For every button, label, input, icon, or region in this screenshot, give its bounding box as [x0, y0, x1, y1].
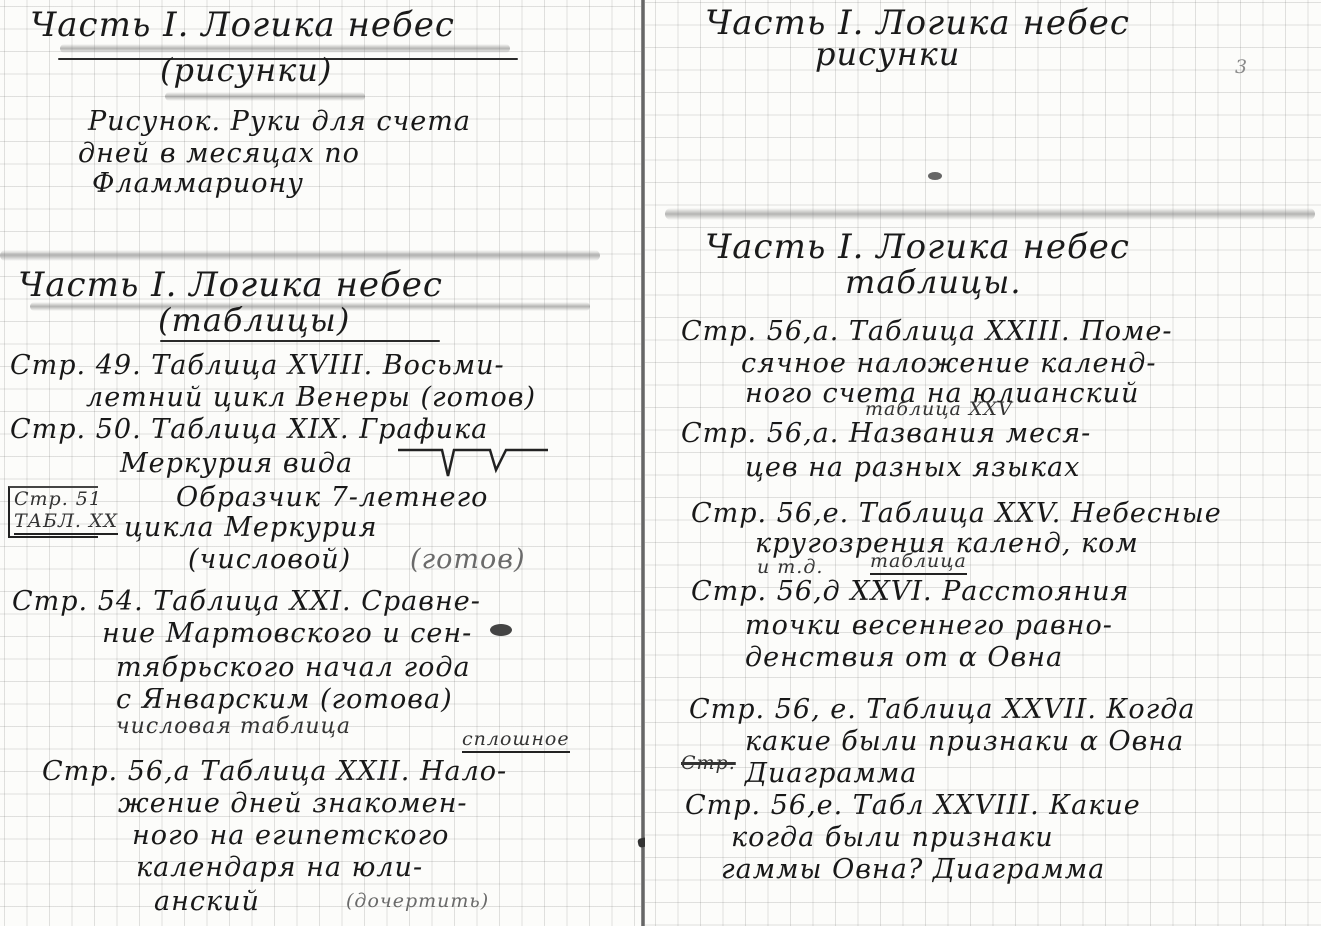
entry-line: Диаграмма	[745, 760, 917, 787]
entry-line: Стр. 56,е. Табл XXVIII. Какие	[685, 792, 1141, 819]
entry-line: жение дней знакомен-	[118, 790, 468, 817]
pencil-status-note: (готов)	[410, 546, 526, 573]
entry-line: ние Мартовского и сен-	[102, 620, 472, 647]
entry-line: с Январским (готова)	[116, 686, 453, 713]
entry-line: анский	[154, 888, 260, 915]
entry-line: числовая таблица	[116, 716, 351, 738]
left-page: Часть I. Логика небес (рисунки) Рисунок.…	[0, 0, 641, 926]
heading-drawings-title: Часть I. Логика небес	[30, 8, 455, 42]
page-number: 3	[1235, 58, 1248, 77]
heading-tables-subtitle: (таблицы)	[158, 304, 350, 336]
entry-line: Стр. 56,д XXVI. Расстояния	[691, 578, 1129, 605]
entry-line: Стр. 56,а Таблица XXII. Нало-	[42, 758, 507, 785]
pencil-divider	[665, 208, 1315, 220]
heading-drawings-subtitle: рисунки	[815, 38, 960, 70]
ink-smudge	[928, 172, 942, 180]
entry-line: Стр. 50. Таблица XIX. Графика	[10, 416, 488, 443]
margin-page-ref: Стр. 51	[14, 490, 102, 509]
insertion-annotation: сплошное	[462, 730, 570, 753]
heading-tables-subtitle: таблицы.	[845, 266, 1022, 298]
entry-line: Стр. 56, е. Таблица XXVII. Когда	[689, 696, 1196, 723]
margin-table-ref: ТАБЛ. XX	[14, 512, 118, 535]
heading-tables-title: Часть I. Логика небес	[18, 268, 443, 302]
entry-line: Стр. 56,а. Названия меся-	[681, 420, 1091, 447]
pencil-divider	[0, 250, 600, 261]
heading-drawings-subtitle: (рисунки)	[160, 54, 332, 86]
pencil-status-note: (дочертить)	[346, 892, 489, 911]
struck-margin-note: Стр.	[681, 754, 736, 773]
entry-line: календаря на юли-	[136, 854, 423, 881]
text-line: Рисунок. Руки для счета	[88, 108, 471, 135]
entry-line: Стр. 49. Таблица XVIII. Восьми-	[10, 352, 505, 379]
entry-line: когда были признаки	[731, 824, 1054, 851]
heading-tables-title: Часть I. Логика небес	[705, 230, 1130, 264]
mercury-graph-sketch	[398, 444, 578, 480]
ink-underline	[160, 340, 440, 342]
entry-line: сячное наложение календ-	[741, 350, 1157, 377]
entry-line: цев на разных языках	[745, 454, 1080, 481]
entry-line: летний цикл Венеры (готов)	[86, 384, 536, 411]
entry-line: тябрьского начал года	[116, 654, 471, 681]
entry-line: гаммы Овна? Диаграмма	[721, 856, 1105, 883]
insertion-annotation: таблица XXV	[865, 400, 1013, 419]
entry-line: (числовой)	[188, 546, 351, 573]
entry-line: точки весеннего равно-	[745, 612, 1113, 639]
notebook-spread: Часть I. Логика небес (рисунки) Рисунок.…	[0, 0, 1321, 926]
entry-line: какие были признаки α Овна	[745, 728, 1184, 755]
text-line: Фламмариону	[92, 170, 304, 197]
entry-line: денствия от α Овна	[745, 644, 1063, 671]
entry-line: цикла Меркурия	[124, 514, 377, 541]
entry-line: Образчик 7-летнего	[176, 484, 488, 511]
right-page: Часть I. Логика небес рисунки 3 Часть I.…	[645, 0, 1321, 926]
entry-line: Стр. 56,а. Таблица XXIII. Поме-	[681, 318, 1173, 345]
entry-line: ного на египетского	[132, 822, 449, 849]
entry-line: Стр. 54. Таблица XXI. Сравне-	[12, 588, 481, 615]
entry-line: Меркурия вида	[120, 450, 353, 477]
pencil-underline	[165, 92, 365, 101]
text-line: дней в месяцах по	[78, 140, 360, 167]
ink-smudge	[490, 624, 512, 636]
insertion-annotation: таблица	[870, 552, 967, 575]
entry-line: Стр. 56,е. Таблица XXV. Небесные	[691, 500, 1222, 527]
entry-line: и т.д.	[757, 558, 823, 577]
